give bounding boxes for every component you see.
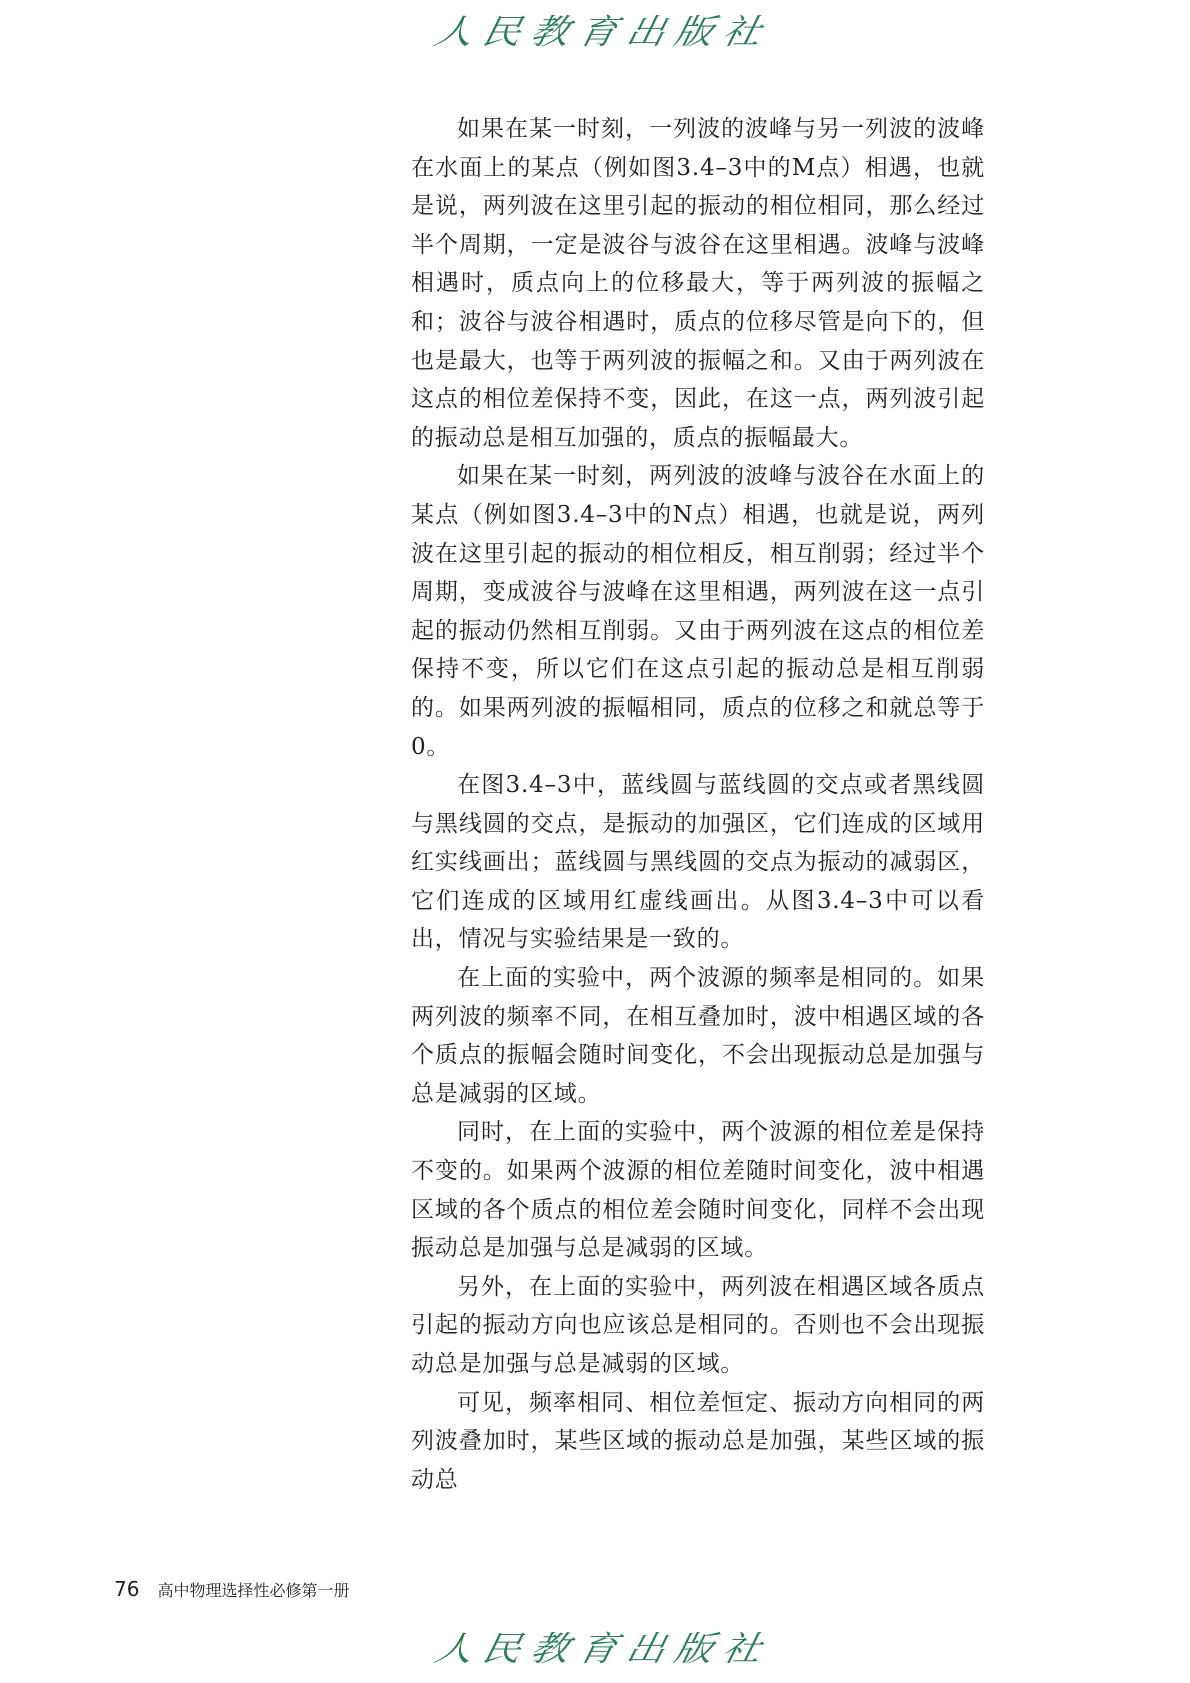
publisher-logo-footer: 人民教育出版社 [8,1630,1190,1668]
paragraph-phase-difference: 同时，在上面的实验中，两个波源的相位差是保持不变的。如果两个波源的相位差随时间变… [411,1113,985,1267]
paragraph-in-phase: 如果在某一时刻，一列波的波峰与另一列波的波峰在水面上的某点（例如图3.4–3中的… [411,110,985,457]
book-title: 高中物理选择性必修第一册 [157,1578,349,1601]
publisher-logo-header: 人民教育出版社 [8,13,1190,51]
paragraph-same-frequency: 在上面的实验中，两个波源的频率是相同的。如果两列波的频率不同，在相互叠加时，波中… [411,959,985,1113]
paragraph-conclusion: 可见，频率相同、相位差恒定、振动方向相同的两列波叠加时，某些区域的振动总是加强，… [411,1384,985,1500]
page-footer: 76 高中物理选择性必修第一册 [114,1577,349,1601]
paragraph-figure-explanation: 在图3.4–3中，蓝线圆与蓝线圆的交点或者黑线圆与黑线圆的交点，是振动的加强区，… [411,766,985,959]
publisher-logo-text: 人民教育出版社 [431,1632,774,1666]
page-body: 如果在某一时刻，一列波的波峰与另一列波的波峰在水面上的某点（例如图3.4–3中的… [411,110,985,1499]
paragraph-anti-phase: 如果在某一时刻，两列波的波峰与波谷在水面上的某点（例如图3.4–3中的N点）相遇… [411,457,985,766]
publisher-logo-text: 人民教育出版社 [431,15,774,49]
paragraph-vibration-direction: 另外，在上面的实验中，两列波在相遇区域各质点引起的振动方向也应该总是相同的。否则… [411,1268,985,1384]
page-number: 76 [114,1577,139,1601]
